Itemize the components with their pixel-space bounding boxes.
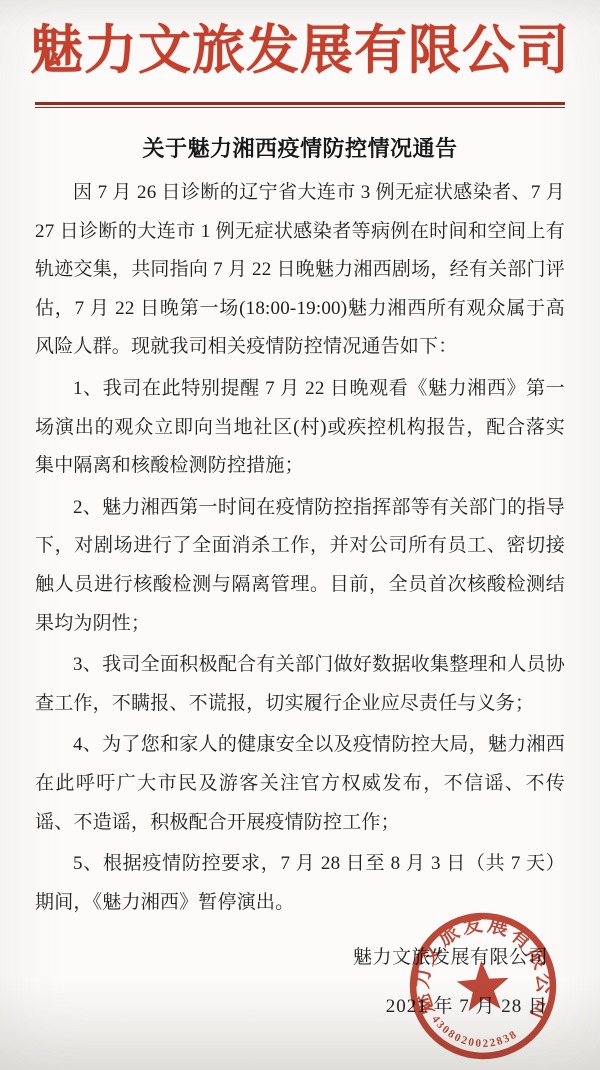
letterhead-company-name: 魅力文旅发展有限公司: [0, 0, 600, 88]
scanned-notice-document: 魅力文旅发展有限公司 关于魅力湘西疫情防控情况通告 因 7 月 26 日诊断的辽…: [0, 0, 600, 1070]
notice-body: 因 7 月 26 日诊断的辽宁省大连市 3 例无症状感染者、7 月 27 日诊断…: [35, 174, 565, 922]
divider-thin-line: [35, 107, 565, 109]
seal-registration-number: 4308020022838: [428, 1013, 521, 1051]
notice-title: 关于魅力湘西疫情防控情况通告: [0, 132, 600, 163]
signature-block: 魅力文旅发展有限公司 2021 年 7 月 28 日: [353, 942, 548, 1018]
notice-paragraph-2: 2、魅力湘西第一时间在疫情防控指挥部等有关部门的指导下，对剧场进行了全面消杀工作…: [35, 489, 565, 643]
notice-paragraph-1: 1、我司在此特别提醒 7 月 22 日晚观看《魅力湘西》第一场演出的观众立即向当…: [35, 370, 565, 486]
notice-paragraph-4: 4、为了您和家人的健康安全以及疫情防控大局，魅力湘西在此呼吁广大市民及游客关注官…: [35, 726, 565, 842]
signature-date: 2021 年 7 月 28 日: [353, 991, 548, 1018]
notice-paragraph-5: 5、根据疫情防控要求，7 月 28 日至 8 月 3 日（共 7 天）期间，《魅…: [35, 845, 565, 922]
notice-paragraph-intro: 因 7 月 26 日诊断的辽宁省大连市 3 例无症状感染者、7 月 27 日诊断…: [35, 174, 565, 367]
seal-number-holder: 4308020022838: [428, 1013, 521, 1051]
letterhead-divider-rule: [35, 102, 565, 109]
signature-company-name: 魅力文旅发展有限公司: [353, 942, 548, 969]
notice-paragraph-3: 3、我司全面积极配合有关部门做好数据收集整理和人员协查工作，不瞒报、不谎报，切实…: [35, 646, 565, 723]
